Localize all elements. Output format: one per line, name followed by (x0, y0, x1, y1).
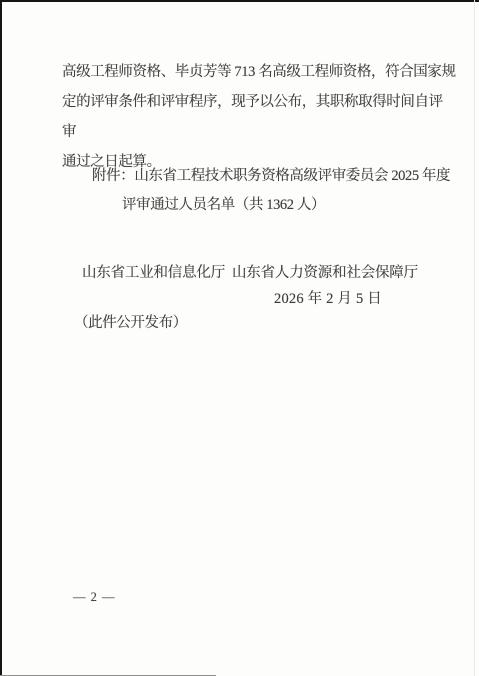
scan-edge-left (0, 0, 2, 676)
publish-note: （此件公开发布） (74, 311, 187, 332)
issuer-right: 山东省人力资源和社会保障厅 (232, 261, 418, 282)
page-number: — 2 — (73, 590, 116, 605)
scanned-document-page: 高级工程师资格、毕贞芳等 713 名高级工程师资格，符合国家规 定的评审条件和评… (0, 0, 479, 676)
paragraph-line-2: 定的评审条件和评审程序，现予以公布，其职称取得时间自评审 (62, 87, 456, 147)
attachment-title-part1: 山东省工程技术职务资格高级评审委员会 2025 年度 (134, 168, 450, 184)
document-date: 2026 年 2 月 5 日 (274, 287, 382, 308)
attachment-line-1: 附件：山东省工程技术职务资格高级评审委员会 2025 年度 (92, 162, 452, 191)
scan-edge-top (0, 0, 479, 2)
body-paragraph: 高级工程师资格、毕贞芳等 713 名高级工程师资格，符合国家规 定的评审条件和评… (62, 57, 456, 177)
paragraph-line-1: 高级工程师资格、毕贞芳等 713 名高级工程师资格，符合国家规 (62, 57, 456, 87)
attachment-line-2: 评审通过人员名单（共 1362 人） (92, 191, 452, 220)
attachment-block: 附件：山东省工程技术职务资格高级评审委员会 2025 年度 评审通过人员名单（共… (92, 162, 452, 220)
issuer-left: 山东省工业和信息化厅 (82, 261, 225, 282)
scan-line-right (474, 0, 475, 676)
attachment-label: 附件： (92, 168, 134, 184)
